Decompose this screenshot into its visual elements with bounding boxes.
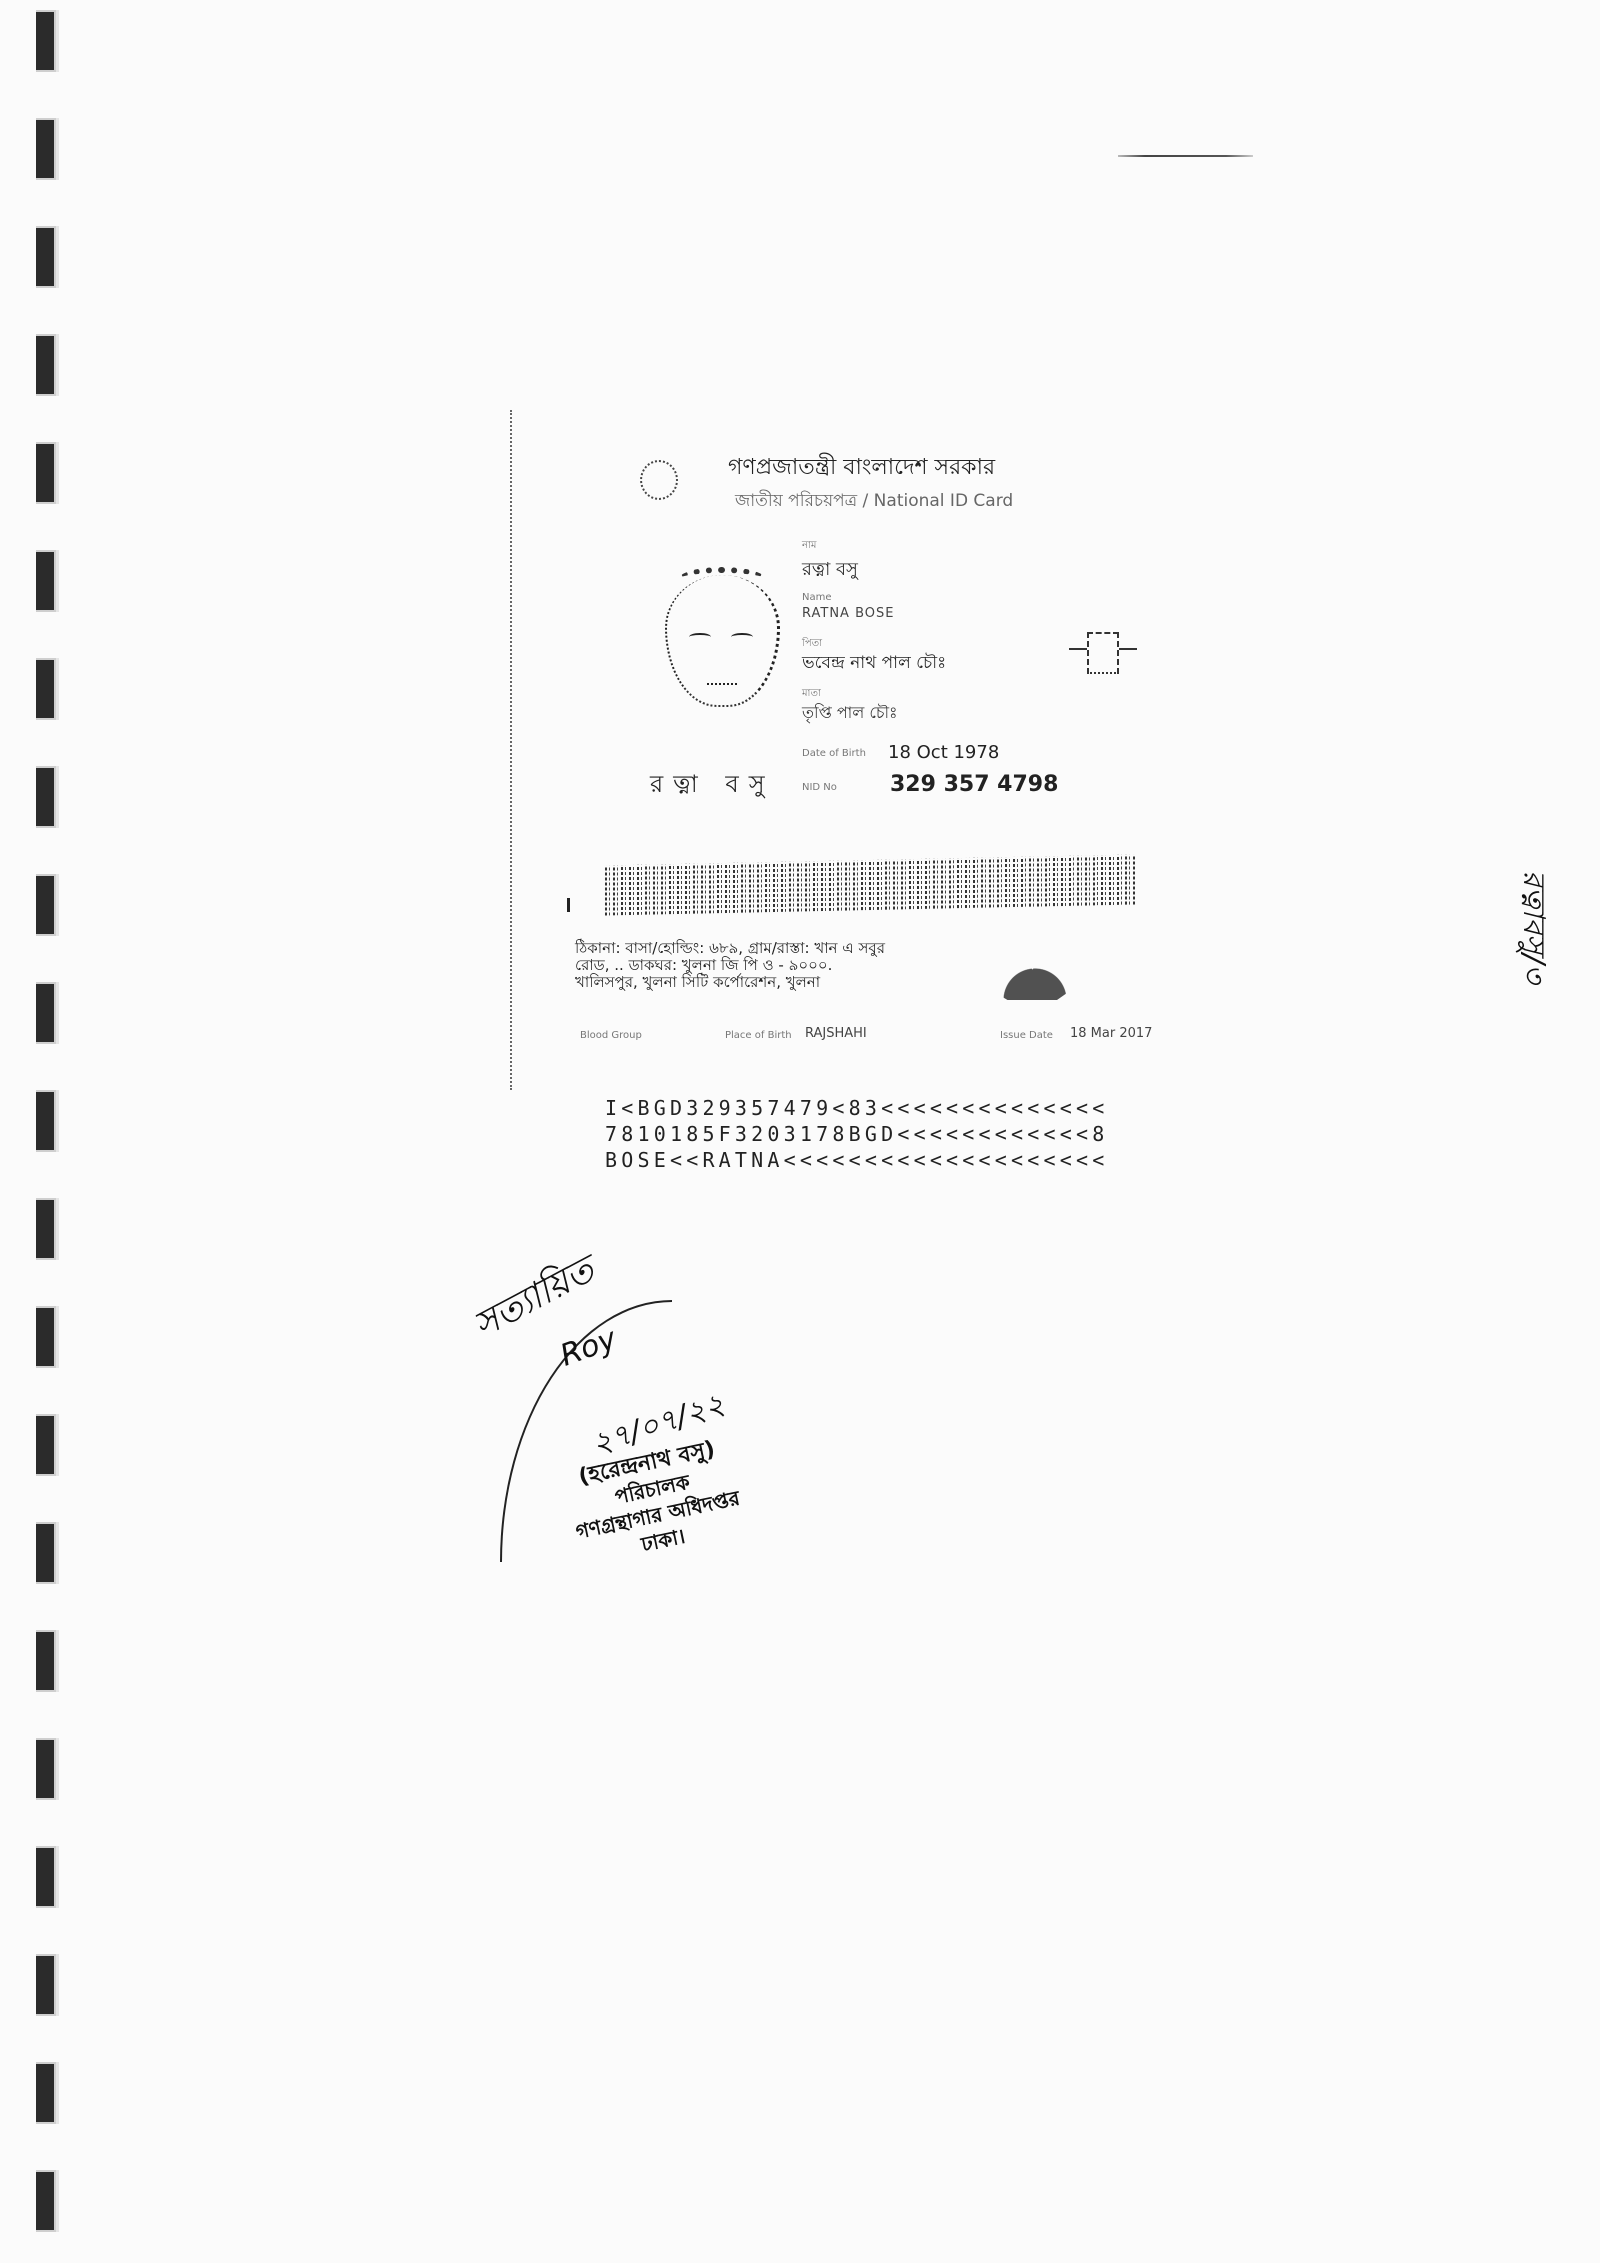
birth-place: RAJSHAHI [805,1026,867,1041]
margin-handwritten-note: রত্নাবসু/৩ [1507,870,1558,983]
government-title: গণপ্রজাতন্ত্রী বাংলাদেশ সরকার [728,450,995,487]
spiral-binding-hole-icon [36,874,56,936]
holder-photo [665,575,780,707]
card-title: জাতীয় পরিচয়পত্র / National ID Card [735,488,1013,516]
bangladesh-emblem-icon [640,460,678,500]
spiral-binding-hole-icon [36,1846,56,1908]
photo-mouth [707,675,737,685]
photo-eye-left [689,633,711,641]
spiral-binding [0,0,80,2263]
spiral-binding-hole-icon [36,1414,56,1476]
holder-signature: রত্না বসু [650,766,775,806]
machine-readable-zone: I<BGD329357479<83<<<<<<<<<<<<<<7810185F3… [605,1095,1108,1173]
spiral-binding-hole-icon [36,2170,56,2232]
spiral-binding-hole-icon [36,1090,56,1152]
nid-number: 329 357 4798 [890,772,1058,797]
spiral-binding-hole-icon [36,118,56,180]
spiral-binding-hole-icon [36,1198,56,1260]
spiral-binding-hole-icon [36,982,56,1044]
spiral-binding-hole-icon [36,658,56,720]
top-rule-line [1118,155,1253,157]
spiral-binding-hole-icon [36,1738,56,1800]
address: ঠিকানা: বাসা/হোল্ডিং: ৬৮৯, গ্রাম/রাস্তা:… [575,940,885,991]
barcode-mark [567,898,570,912]
issue-date: 18 Mar 2017 [1070,1026,1152,1041]
spiral-binding-hole-icon [36,1954,56,2016]
birth-place-label: Place of Birth [725,1030,792,1041]
shapla-flower-icon [980,945,1090,1000]
mother-name: তৃপ্তি পাল চৌঃ [802,700,898,727]
national-id-card: গণপ্রজাতন্ত্রী বাংলাদেশ সরকার জাতীয় পরি… [510,410,1170,1190]
smart-card-chip-icon [1087,632,1119,674]
scanned-page: গণপ্রজাতন্ত্রী বাংলাদেশ সরকার জাতীয় পরি… [0,0,1600,2263]
spiral-binding-hole-icon [36,1630,56,1692]
name-bengali: রত্না বসু [802,555,858,586]
name-en-label: Name [802,592,832,603]
mrz-line-1: I<BGD329357479<83<<<<<<<<<<<<<< [605,1095,1108,1121]
spiral-binding-hole-icon [36,766,56,828]
pdf417-barcode [605,854,1135,915]
spiral-binding-hole-icon [36,2062,56,2124]
date-of-birth: 18 Oct 1978 [888,742,999,763]
attestation: সত্যায়িত Roy ২৭/০৭/২২ (হরেন্দ্রনাথ বসু)… [460,1250,820,1590]
name-english: RATNA BOSE [802,606,894,621]
mrz-line-2: 7810185F3203178BGD<<<<<<<<<<<<8 [605,1121,1108,1147]
spiral-binding-hole-icon [36,442,56,504]
name-label: নাম [802,538,816,555]
nid-label: NID No [802,782,837,793]
photo-eye-right [731,633,753,641]
dob-label: Date of Birth [802,748,866,759]
father-name: ভবেন্দ্র নাথ পাল চৌঃ [802,650,946,678]
spiral-binding-hole-icon [36,10,56,72]
blood-group-label: Blood Group [580,1030,642,1041]
spiral-binding-hole-icon [36,334,56,396]
spiral-binding-hole-icon [36,550,56,612]
spiral-binding-hole-icon [36,1522,56,1584]
spiral-binding-hole-icon [36,1306,56,1368]
card-edge-line [510,410,512,1090]
spiral-binding-hole-icon [36,226,56,288]
mrz-line-3: BOSE<<RATNA<<<<<<<<<<<<<<<<<<<< [605,1147,1108,1173]
issue-date-label: Issue Date [1000,1030,1053,1041]
